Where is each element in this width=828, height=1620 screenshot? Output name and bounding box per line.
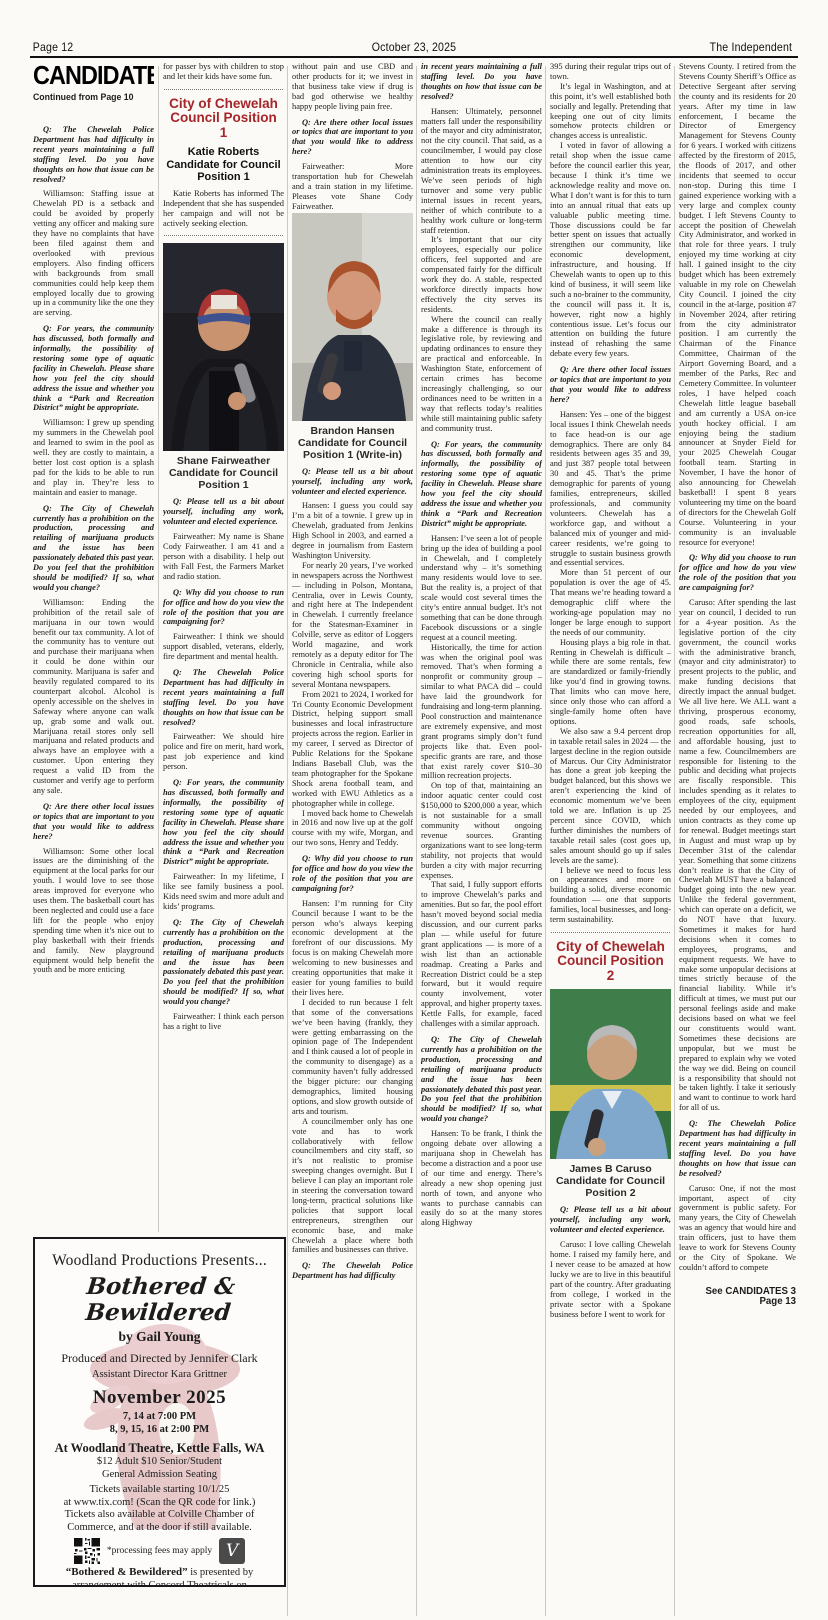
body-paragraph: Hansen: To be frank, I think the ongoing…: [421, 1129, 542, 1228]
question-paragraph: Q: The Chewelah Police Department has ha…: [679, 1119, 796, 1178]
body-paragraph: Hansen: I’ve seen a lot of people bring …: [421, 534, 542, 643]
question-paragraph: Q: The City of Chewelah currently has a …: [163, 918, 284, 1007]
question-paragraph: Q: Are there other local issues or topic…: [550, 365, 671, 405]
body-paragraph: We also saw a 9.4 percent drop in taxabl…: [550, 727, 671, 866]
column-4: in recent years maintaining a full staff…: [421, 62, 542, 1618]
ad-author: by Gail Young: [35, 1329, 284, 1345]
body-paragraph: I believe we need to focus less on appea…: [550, 866, 671, 925]
question-paragraph: Q: Please tell us a bit about yourself, …: [550, 1205, 671, 1235]
body-paragraph: Caruso: One, if not the most important, …: [679, 1184, 796, 1273]
header-rule: [30, 56, 798, 58]
body-paragraph: Housing plays a big role in that. Rentin…: [550, 638, 671, 727]
body-paragraph: Fairweather: I think each person has a r…: [163, 1012, 284, 1032]
column-rule: [545, 66, 546, 1616]
article-headline: CANDIDATES 2: [33, 62, 142, 89]
question-paragraph: in recent years maintaining a full staff…: [421, 62, 542, 102]
ad-venue-line: At Woodland Theatre, Kettle Falls, WA: [35, 1441, 284, 1456]
ad-legal-line-1: “Bothered & Bewildered” is presented by: [35, 1566, 284, 1580]
body-paragraph: Fairweather: More transportation hub for…: [292, 162, 413, 212]
page-number: Page 12: [33, 40, 74, 54]
body-paragraph: Caruso: I love calling Chewelah home. I …: [550, 1240, 671, 1319]
body-paragraph: without pain and use CBD and other produ…: [292, 62, 413, 112]
column-rule: [158, 66, 159, 1232]
column-rule: [416, 66, 417, 1616]
body-paragraph: Katie Roberts has informed The Independe…: [163, 189, 284, 229]
question-paragraph: Q: Please tell us a bit about yourself, …: [163, 497, 284, 527]
body-paragraph: A councilmember only has one vote and ha…: [292, 1117, 413, 1256]
body-paragraph: Williamson: Some other local issues are …: [33, 847, 154, 976]
ad-price-line: $12 Adult $10 Senior/Student: [35, 1456, 284, 1469]
question-paragraph: Q: For years, the community has discusse…: [421, 440, 542, 529]
question-paragraph: Q: The City of Chewelah currently has a …: [421, 1035, 542, 1124]
body-paragraph: I decided to run because I felt that som…: [292, 998, 413, 1117]
body-paragraph: Hansen: I guess you could say I’m a bit …: [292, 501, 413, 560]
body-paragraph: Fairweather: I think we should support d…: [163, 632, 284, 662]
body-paragraph: It’s legal in Washington, and at this po…: [550, 82, 671, 141]
issue-date: October 23, 2025: [76, 40, 752, 54]
publication-name: The Independent: [710, 40, 793, 54]
body-paragraph: Hansen: Ultimately, personnel matters fa…: [421, 107, 542, 236]
shane-fairweather-caption: Shane Fairweather Candidate for Council …: [163, 455, 284, 491]
question-paragraph: Q: Why did you choose to run for office …: [292, 854, 413, 894]
james-caruso-photo: [550, 989, 671, 1159]
body-paragraph: Where the council can really make a diff…: [421, 315, 542, 434]
ad-seating-line: General Admission Seating: [35, 1469, 284, 1482]
ad-show-title: Bothered & Bewildered: [33, 1274, 286, 1326]
ad-tickets-line-4: Commerce, and at the door if still avail…: [35, 1522, 284, 1535]
column-1: CANDIDATES 2Continued from Page 10Q: The…: [33, 62, 154, 1234]
katie-roberts-subhead: Katie Roberts Candidate for Council Posi…: [163, 146, 284, 184]
column-3: without pain and use CBD and other produ…: [292, 62, 413, 1618]
section-divider: [164, 235, 283, 236]
ad-tickets-line-2: at www.tix.com! (Scan the QR code for li…: [35, 1497, 284, 1510]
brandon-hansen-caption: Brandon Hansen Candidate for Council Pos…: [292, 425, 413, 461]
page-header: Page 12 October 23, 2025 The Independent: [30, 32, 798, 54]
ad-showtimes-2: 8, 9, 15, 16 at 2:00 PM: [35, 1423, 284, 1436]
body-paragraph: Stevens County. I retired from the Steve…: [679, 62, 796, 547]
jump-note: See CANDIDATES 3 Page 13: [688, 1287, 796, 1307]
body-paragraph: That said, I fully support efforts to im…: [421, 880, 542, 1029]
shane-fairweather-photo: [163, 243, 284, 451]
ad-tickets-line-3: Tickets also available at Colville Chamb…: [35, 1509, 284, 1522]
question-paragraph: Q: Why did you choose to run for office …: [163, 588, 284, 628]
body-paragraph: For nearly 20 years, I’ve worked in news…: [292, 561, 413, 690]
body-paragraph: From 2021 to 2024, I worked for Tri Coun…: [292, 690, 413, 809]
question-paragraph: Q: Are there other local issues or topic…: [292, 118, 413, 158]
ad-showtimes-1: 7, 14 at 7:00 PM: [35, 1410, 284, 1423]
question-paragraph: Q: The Chewelah Police Department has ha…: [163, 668, 284, 727]
body-paragraph: Hansen: Yes – one of the biggest local i…: [550, 410, 671, 569]
section-divider: [164, 89, 283, 90]
question-paragraph: Q: Are there other local issues or topic…: [33, 802, 154, 842]
theatre-v-logo: V: [219, 1538, 245, 1564]
body-paragraph: Fairweather: We should hire police and f…: [163, 732, 284, 772]
question-paragraph: Q: The City of Chewelah currently has a …: [33, 504, 154, 593]
body-paragraph: Williamson: I grew up spending my summer…: [33, 418, 154, 497]
column-rule: [674, 66, 675, 1616]
body-paragraph: 395 during their regular trips out of to…: [550, 62, 671, 82]
newspaper-page: { "page_header": { "page_number": "Page …: [0, 0, 828, 1620]
question-paragraph: Q: For years, the community has discusse…: [163, 778, 284, 867]
ad-tickets-line-1: Tickets available starting 10/1/25: [35, 1484, 284, 1497]
body-paragraph: Williamson: Staffing issue at Chewelah P…: [33, 189, 154, 318]
ad-fees-note: *processing fees may apply: [107, 1546, 212, 1556]
section-header-position-1: City of Chewelah Council Position 1: [165, 97, 282, 141]
body-paragraph: On top of that, maintaining an indoor aq…: [421, 781, 542, 880]
ad-presents-line: Woodland Productions Presents...: [35, 1252, 284, 1270]
body-paragraph: Fairweather: My name is Shane Cody Fairw…: [163, 532, 284, 582]
ad-legal-line-2: arrangement with Concord Theatricals on: [35, 1580, 284, 1588]
column-5: 395 during their regular trips out of to…: [550, 62, 671, 1618]
qr-code: [74, 1538, 100, 1564]
body-paragraph: Historically, the time for action was wh…: [421, 643, 542, 782]
column-6: Stevens County. I retired from the Steve…: [679, 62, 796, 1618]
question-paragraph: Q: The Chewelah Police Department has ha…: [33, 125, 154, 184]
question-paragraph: Q: For years, the community has discusse…: [33, 324, 154, 413]
body-paragraph: Hansen: I’m running for City Council bec…: [292, 899, 413, 998]
ad-date-header: November 2025: [35, 1387, 284, 1409]
body-paragraph: Williamson: Ending the prohibition of th…: [33, 598, 154, 796]
continued-note: Continued from Page 10: [33, 92, 144, 103]
james-caruso-caption: James B Caruso Candidate for Council Pos…: [550, 1163, 671, 1199]
body-paragraph: I moved back home to Chewelah in 2016 an…: [292, 809, 413, 849]
woodland-productions-ad: Woodland Productions Presents... Bothere…: [33, 1237, 286, 1587]
body-paragraph: Fairweather: In my lifetime, I like see …: [163, 872, 284, 912]
body-paragraph: It’s important that our city employees, …: [421, 235, 542, 314]
section-header-position-2: City of Chewelah Council Position 2: [552, 940, 669, 984]
body-paragraph: Caruso: After spending the last year on …: [679, 598, 796, 1113]
ad-producer-line: Produced and Directed by Jennifer Clark: [35, 1351, 284, 1366]
body-paragraph: I voted in favor of allowing a retail sh…: [550, 141, 671, 359]
column-2: for passer bys with children to stop and…: [163, 62, 284, 1234]
ad-assistant-line: Assistant Director Kara Grittner: [35, 1369, 284, 1380]
question-paragraph: Q: Please tell us a bit about yourself, …: [292, 467, 413, 497]
column-rule: [287, 66, 288, 1616]
question-paragraph: Q: Why did you choose to run for office …: [679, 553, 796, 593]
section-divider: [551, 932, 670, 933]
body-paragraph: for passer bys with children to stop and…: [163, 62, 284, 82]
brandon-hansen-photo: [292, 213, 413, 421]
question-paragraph: Q: The Chewelah Police Department has ha…: [292, 1261, 413, 1281]
body-paragraph: More than 51 percent of our population i…: [550, 568, 671, 637]
